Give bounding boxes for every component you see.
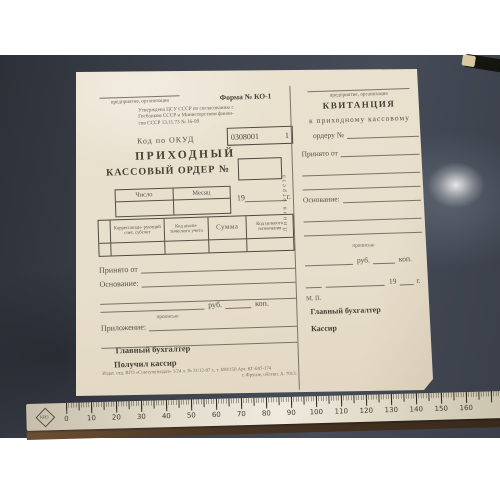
- basis-label: Основание:: [99, 279, 141, 289]
- blank-row: [303, 210, 421, 223]
- attachment-label: Приложение:: [101, 322, 149, 333]
- in-words-label: прописью: [156, 313, 178, 320]
- blank-row: [302, 178, 420, 191]
- fill-line: [141, 260, 295, 274]
- ruler-number: 20: [112, 413, 121, 421]
- fill-line: [245, 192, 287, 202]
- receipt-rubles-row: руб. коп.: [305, 254, 423, 267]
- form-content: предприятие, организация Форма № КО-1 Ут…: [71, 63, 438, 404]
- object-tip: [461, 54, 476, 67]
- cashier-label: Кассир: [311, 323, 337, 333]
- rub-label: руб.: [204, 300, 225, 310]
- receipt-accepted-row: Принято от: [301, 146, 419, 159]
- in-words-row: прописью: [156, 312, 216, 320]
- date-table: Число Месяц: [115, 186, 232, 218]
- fill-line: [373, 255, 395, 265]
- approval-note: Утверждена ЦСУ СССР по согласованию с Го…: [138, 103, 279, 127]
- okud-label: Код по ОКУД: [137, 135, 195, 146]
- col-header-empty: [99, 221, 112, 244]
- ruler-number: 120: [360, 407, 374, 415]
- col-header-account: Корреспонди- рующий счет, субсчет: [111, 219, 166, 244]
- basis-label: Основание:: [303, 194, 343, 204]
- okud-code-box: 0308001 1: [227, 126, 294, 146]
- ruler-number: 0: [64, 415, 69, 423]
- table-cell-empty: [99, 244, 111, 256]
- receipt-subtitle: к приходному кассовому: [300, 113, 418, 126]
- ruler-number: 50: [187, 411, 196, 419]
- kop-label: коп.: [395, 254, 415, 264]
- ruler-number: 130: [385, 406, 399, 414]
- ruler-number: 100: [310, 408, 324, 416]
- receipt-basis-row: Основание:: [303, 192, 421, 205]
- accepted-from-label: Принято от: [99, 265, 141, 275]
- ruler-number: 90: [287, 409, 296, 417]
- fill-line: [343, 192, 422, 203]
- year-suffix: г.: [413, 276, 423, 285]
- fill-line: [142, 274, 296, 288]
- form-number-label: Форма № КО-1: [220, 91, 272, 102]
- received-cashier-label: Получил кассир: [114, 358, 177, 370]
- ruler-number: 30: [137, 413, 146, 421]
- fill-line: [100, 301, 204, 313]
- fill-line: [302, 178, 420, 191]
- ruler-number: 80: [262, 409, 271, 417]
- fill-line: [149, 318, 297, 332]
- fill-line: [305, 279, 321, 288]
- receipt-title: КВИТАНЦИЯ: [300, 98, 418, 112]
- table-cell-empty: [111, 242, 165, 256]
- photo: предприятие, организация Форма № КО-1 Ут…: [0, 0, 500, 500]
- ruler-number: 40: [162, 412, 171, 420]
- ruler-number: 140: [409, 405, 423, 413]
- attachment-row: Приложение:: [101, 318, 297, 333]
- accepted-from-label: Принято от: [301, 148, 341, 158]
- receipt-section: предприятие, организация КВИТАНЦИЯ к при…: [299, 64, 427, 378]
- chief-accountant-label: Главный бухгалтер: [310, 305, 381, 316]
- order-title-line2: КАССОВЫЙ ОРДЕР №: [106, 164, 230, 179]
- receipt-order-no-label: ордеру №: [301, 130, 347, 140]
- fill-line: [305, 256, 353, 267]
- okud-extra: 1: [285, 130, 289, 139]
- year-prefix: 19: [389, 276, 400, 285]
- ruler-number: 160: [459, 404, 473, 412]
- col-header-sum: Сумма: [208, 216, 247, 240]
- accepted-from-row: Принято от: [99, 260, 295, 275]
- ruler-number: 150: [434, 405, 448, 413]
- ruler-number: 60: [212, 411, 221, 419]
- blank-row: [302, 164, 420, 177]
- fill-line: [225, 299, 251, 309]
- table-cell-empty: [209, 239, 247, 252]
- order-number-box: [238, 157, 283, 180]
- date-cell-empty: [173, 199, 230, 215]
- ruler-number: 70: [237, 410, 246, 418]
- in-words-label: прописью: [352, 242, 374, 249]
- fill-line: [325, 277, 385, 288]
- ruler-number: 110: [335, 407, 349, 415]
- chief-accountant-label: Главный бухгалтер: [115, 343, 190, 355]
- accounts-table: Корреспонди- рующий счет, субсчет Код ан…: [97, 214, 294, 257]
- fill-line: [303, 210, 421, 223]
- in-words-row: прописью: [304, 232, 423, 254]
- fill-line: [399, 276, 413, 285]
- okud-value: 0308001: [231, 131, 259, 141]
- order-section: предприятие, организация Форма № КО-1 Ут…: [93, 68, 299, 384]
- year-prefix: 19: [237, 193, 245, 202]
- table-cell-empty: [165, 240, 209, 253]
- fill-line: [302, 164, 420, 177]
- ruler-number: 10: [87, 414, 96, 422]
- receipt-date-row: 19 г.: [305, 276, 423, 289]
- kop-label: коп.: [251, 298, 272, 308]
- rub-label: руб.: [353, 255, 373, 265]
- basis-row: Основание:: [99, 274, 295, 289]
- date-cell-empty: [116, 201, 174, 217]
- fill-line: [347, 128, 419, 139]
- col-header-analytics: Код анали- тического учета: [164, 217, 209, 241]
- receipt-order-no-row: ордеру №: [301, 128, 419, 141]
- order-title-line1: ПРИХОДНЫЙ: [115, 147, 255, 163]
- table-cell-empty: [247, 238, 293, 251]
- ruler-maker-logo-text: КИЗ: [36, 414, 52, 419]
- fill-line: [341, 146, 420, 157]
- org-label: предприятие, организация: [100, 95, 180, 106]
- stamp-place-label: М. П.: [306, 295, 322, 302]
